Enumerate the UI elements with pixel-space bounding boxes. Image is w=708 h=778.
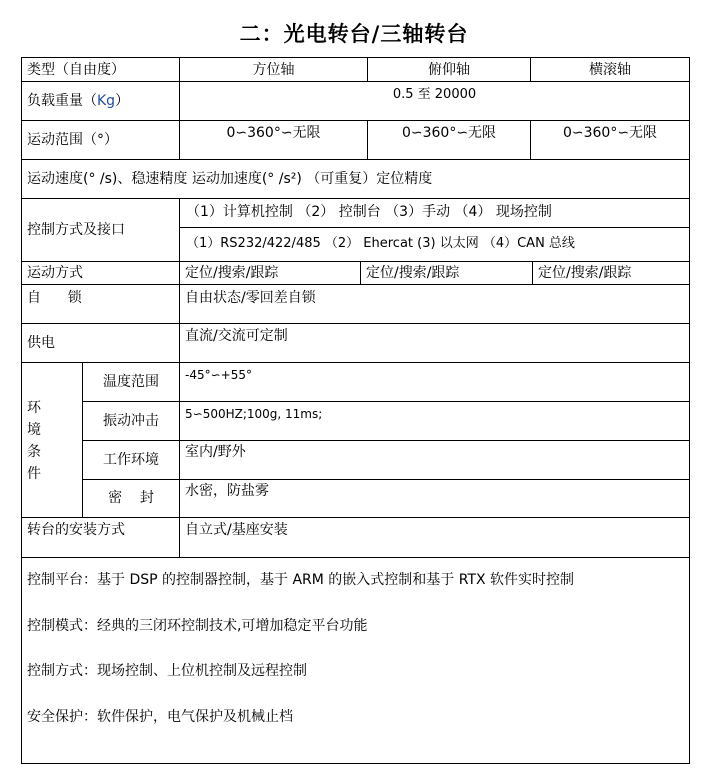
note-control-method: 控制方式：现场控制、上位机控制及远程控制: [27, 662, 307, 680]
table-border-bottom: [21, 763, 690, 764]
power-value: 直流/交流可定制: [185, 327, 288, 345]
env-workplace-value: 室内/野外: [185, 443, 246, 461]
row-divider: [21, 362, 690, 363]
control-modes: （1）计算机控制 （2） 控制台 （3）手动 （4） 现场控制: [186, 203, 552, 221]
load-value: 0.5 至 20000: [180, 86, 689, 104]
range-label: 运动范围（°）: [27, 131, 118, 149]
header-pitch: 俯仰轴: [368, 61, 530, 79]
motion-pitch: 定位/搜索/跟踪: [366, 264, 459, 282]
header-azimuth: 方位轴: [180, 61, 367, 79]
range-pitch: 0∽360°∽无限: [368, 124, 530, 142]
env-workplace-label: 工作环境: [83, 451, 179, 469]
row-divider: [21, 517, 690, 518]
environment-label: 环境条件: [27, 397, 43, 485]
env-vibration-label: 振动冲击: [83, 412, 179, 430]
control-interfaces: （1）RS232/422/485 （2） Ehercat (3) 以太网 （4）…: [186, 235, 575, 253]
lock-label: 自 锁: [27, 289, 82, 307]
env-vibration-value: 5∽500HZ;100g, 11ms;: [185, 405, 322, 423]
row-divider: [21, 159, 690, 160]
motion-roll: 定位/搜索/跟踪: [538, 264, 631, 282]
row-divider: [82, 440, 690, 441]
table-border-right: [689, 57, 690, 764]
header-type-label: 类型（自由度）: [27, 61, 125, 79]
col-divider: [360, 261, 361, 284]
env-temp-label: 温度范围: [83, 373, 179, 391]
mount-value: 自立式/基座安装: [185, 521, 288, 539]
row-divider: [179, 227, 690, 228]
lock-value: 自由状态/零回差自锁: [185, 289, 316, 307]
row-divider: [21, 323, 690, 324]
row-divider: [21, 81, 690, 82]
row-divider: [21, 557, 690, 558]
range-roll: 0∽360°∽无限: [531, 124, 689, 142]
row-divider: [21, 261, 690, 262]
header-roll: 横滚轴: [531, 61, 689, 79]
note-control-platform: 控制平台：基于 DSP 的控制器控制，基于 ARM 的嵌入式控制和基于 RTX …: [27, 571, 574, 589]
motion-label: 运动方式: [27, 264, 83, 282]
table-border-top: [21, 57, 690, 58]
env-sealing-label: 密 封: [83, 489, 179, 507]
page-title: 二：光电转台/三轴转台: [0, 18, 708, 48]
row-divider: [21, 120, 690, 121]
range-azimuth: 0∽360°∽无限: [180, 124, 367, 142]
note-control-mode: 控制模式：经典的三闭环控制技术,可增加稳定平台功能: [27, 617, 367, 635]
env-temp-value: -45°∽+55°: [185, 366, 252, 384]
env-sealing-value: 水密，防盐雾: [185, 482, 269, 500]
speed-row-text: 运动速度(° /s)、稳速精度 运动加速度(° /s²) （可重复）定位精度: [27, 170, 432, 188]
motion-azimuth: 定位/搜索/跟踪: [185, 264, 278, 282]
note-safety: 安全保护：软件保护，电气保护及机械止档: [27, 708, 293, 726]
row-divider: [82, 401, 690, 402]
control-label: 控制方式及接口: [27, 221, 125, 239]
load-label: 负载重量（Kg）: [27, 92, 129, 110]
power-label: 供电: [27, 334, 55, 352]
col-divider: [179, 198, 180, 557]
row-divider: [21, 198, 690, 199]
row-divider: [21, 284, 690, 285]
table-border-left: [21, 57, 22, 764]
col-divider: [532, 261, 533, 284]
mount-label: 转台的安装方式: [27, 521, 125, 539]
row-divider: [82, 479, 690, 480]
